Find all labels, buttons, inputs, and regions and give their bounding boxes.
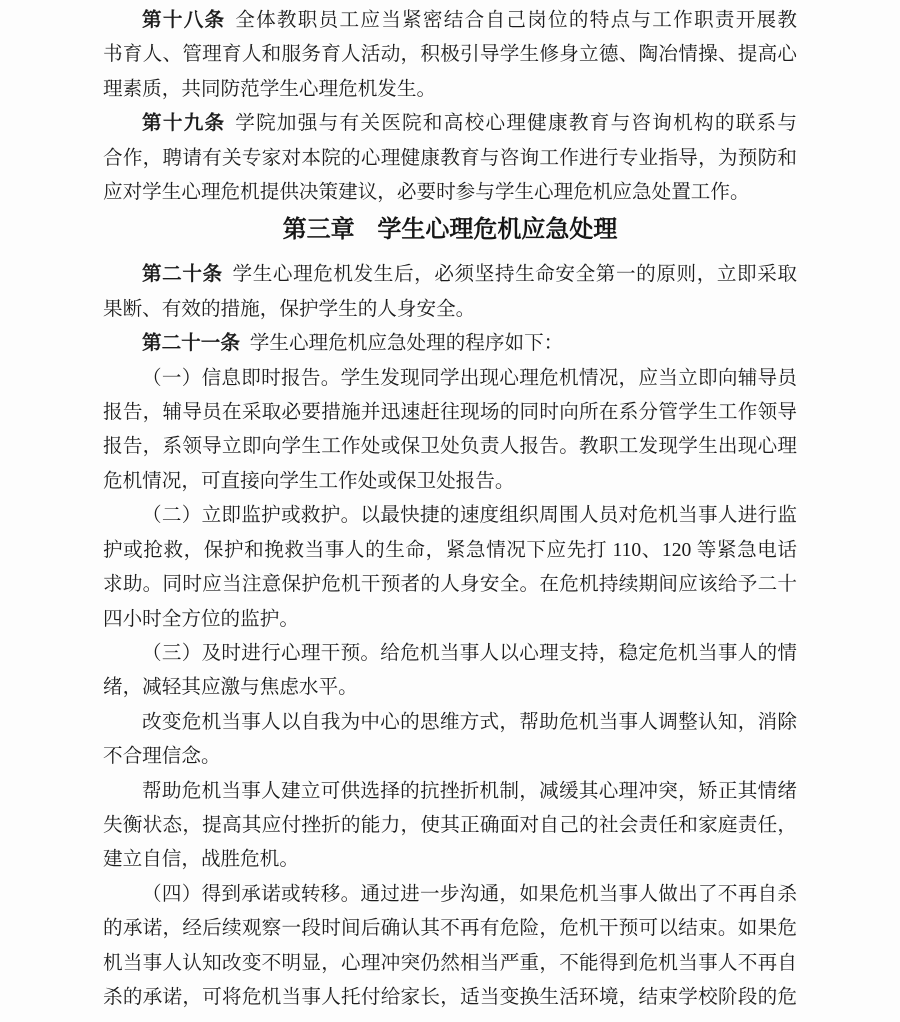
text-line: 应对学生心理危机提供决策建议，必要时参与学生心理危机应急处置工作。: [103, 176, 797, 210]
text-line: 第二十条学生心理危机发生后，必须坚持生命安全第一的原则，立即采取: [103, 258, 797, 292]
article-number: 第二十条: [142, 264, 223, 285]
article-number: 第十九条: [142, 113, 225, 134]
chapter-heading-part: 第三章: [283, 217, 355, 243]
text-line: 报告，辅导员在采取必要措施并迅速赶往现场的同时向所在系分管学生工作领导: [103, 396, 797, 430]
text-line: 建立自信，战胜危机。: [103, 843, 797, 877]
text-line: 第十九条学院加强与有关医院和高校心理健康教育与咨询机构的联系与: [103, 107, 797, 141]
text-line: （一）信息即时报告。学生发现同学出现心理危机情况，应当立即向辅导员: [103, 362, 797, 396]
text-line: 危机情况，可直接向学生工作处或保卫处报告。: [103, 465, 797, 499]
text-line: 果断、有效的措施，保护学生的人身安全。: [103, 293, 797, 327]
line-text: 全体教职员工应当紧密结合自己岗位的特点与工作职责开展教: [235, 10, 797, 31]
text-line: 不合理信念。: [103, 740, 797, 774]
text-line: 报告，系领导立即向学生工作处或保卫处负责人报告。教职工发现学生出现心理: [103, 430, 797, 464]
article-number: 第二十一条: [142, 333, 240, 354]
text-line: 理素质，共同防范学生心理危机发生。: [103, 73, 797, 107]
text-line: 合作，聘请有关专家对本院的心理健康教育与咨询工作进行专业指导，为预防和: [103, 142, 797, 176]
chapter-heading: 第三章学生心理危机应急处理: [103, 210, 797, 250]
chapter-heading-part: 学生心理危机应急处理: [377, 217, 617, 243]
text-line: 杀的承诺，可将危机当事人托付给家长，适当变换生活环境，结束学校阶段的危: [103, 981, 797, 1015]
text-line: 第十八条全体教职员工应当紧密结合自己岗位的特点与工作职责开展教: [103, 4, 797, 38]
text-line: 帮助危机当事人建立可供选择的抗挫折机制，减缓其心理冲突，矫正其情绪: [103, 775, 797, 809]
text-line: 失衡状态，提高其应付挫折的能力，使其正确面对自己的社会责任和家庭责任，: [103, 809, 797, 843]
line-text: 学院加强与有关医院和高校心理健康教育与咨询机构的联系与: [235, 113, 797, 134]
text-line: （四）得到承诺或转移。通过进一步沟通，如果危机当事人做出了不再自杀: [103, 878, 797, 912]
text-line: 改变危机当事人以自我为中心的思维方式，帮助危机当事人调整认知，消除: [103, 706, 797, 740]
text-line: 书育人、管理育人和服务育人活动，积极引导学生修身立德、陶冶情操、提高心: [103, 38, 797, 72]
text-line: 护或抢救，保护和挽救当事人的生命，紧急情况下应先打 110、120 等紧急电话: [103, 534, 797, 568]
text-line: 的承诺，经后续观察一段时间后确认其不再有危险，危机干预可以结束。如果危: [103, 912, 797, 946]
article-number: 第十八条: [142, 10, 225, 31]
text-line: 机当事人认知改变不明显，心理冲突仍然相当严重，不能得到危机当事人不再自: [103, 947, 797, 981]
text-line: （三）及时进行心理干预。给危机当事人以心理支持，稳定危机当事人的情: [103, 637, 797, 671]
document-body: 第十八条全体教职员工应当紧密结合自己岗位的特点与工作职责开展教书育人、管理育人和…: [103, 0, 797, 1015]
document-page: 第十八条全体教职员工应当紧密结合自己岗位的特点与工作职责开展教书育人、管理育人和…: [0, 0, 900, 1022]
text-line: （二）立即监护或救护。以最快捷的速度组织周围人员对危机当事人进行监: [103, 499, 797, 533]
text-line: 四小时全方位的监护。: [103, 603, 797, 637]
line-text: 学生心理危机应急处理的程序如下：: [250, 333, 564, 354]
text-line: 求助。同时应当注意保护危机干预者的人身安全。在危机持续期间应该给予二十: [103, 568, 797, 602]
text-line: 绪，减轻其应激与焦虑水平。: [103, 671, 797, 705]
line-text: 学生心理危机发生后，必须坚持生命安全第一的原则，立即采取: [233, 264, 797, 285]
text-line: 第二十一条学生心理危机应急处理的程序如下：: [103, 327, 797, 361]
